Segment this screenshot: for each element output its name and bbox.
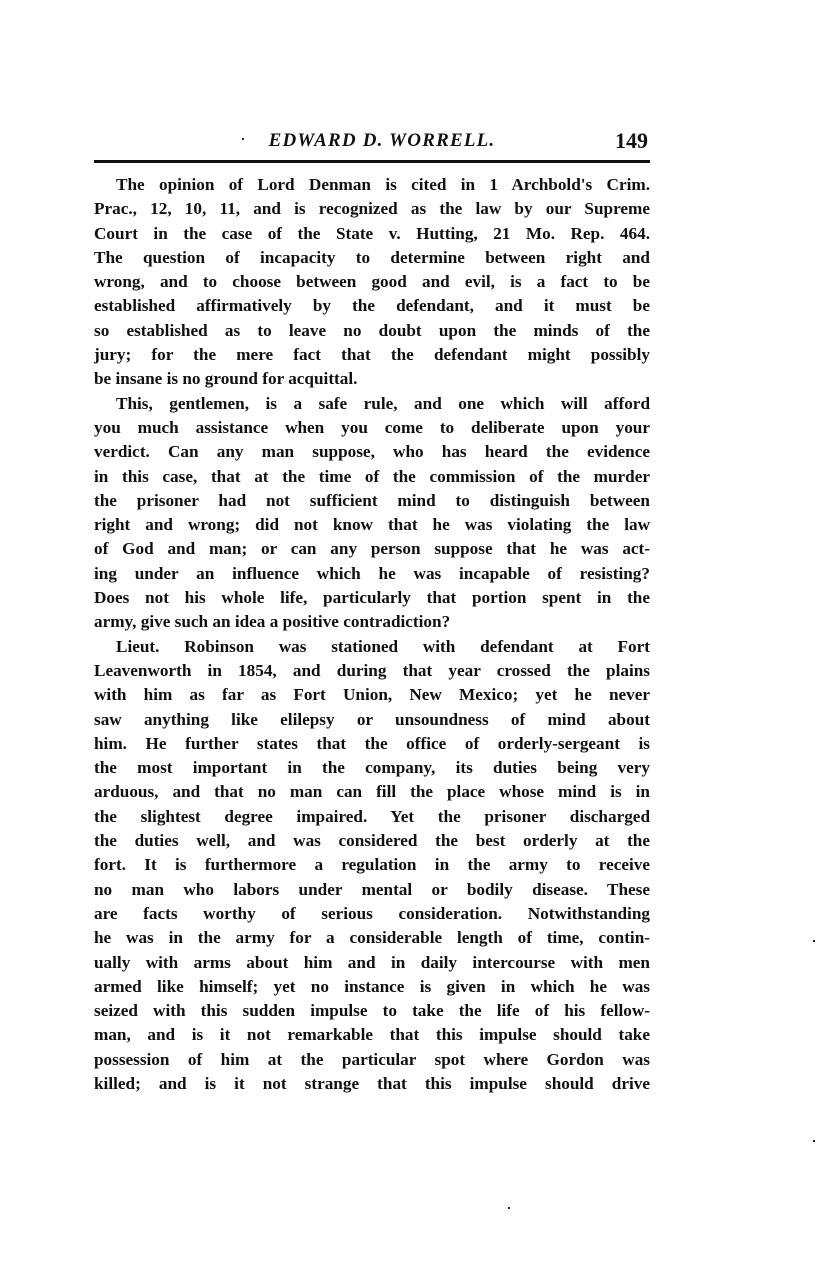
text-line: no man who labors under mental or bodily… — [94, 878, 650, 902]
text-line: Leavenworth in 1854, and during that yea… — [94, 659, 650, 683]
text-line: This, gentlemen, is a safe rule, and one… — [94, 392, 650, 416]
text-line: so established as to leave no doubt upon… — [94, 319, 650, 343]
text-line: he was in the army for a considerable le… — [94, 926, 650, 950]
text-line: the prisoner had not sufficient mind to … — [94, 489, 650, 513]
text-line: saw anything like elilepsy or unsoundnes… — [94, 708, 650, 732]
paragraph-2: This, gentlemen, is a safe rule, and one… — [94, 392, 650, 635]
text-line: seized with this sudden impulse to take … — [94, 999, 650, 1023]
text-line: right and wrong; did not know that he wa… — [94, 513, 650, 537]
scan-speck — [813, 1140, 815, 1142]
text-line: armed like himself; yet no instance is g… — [94, 975, 650, 999]
text-line: The question of incapacity to determine … — [94, 246, 650, 270]
text-line: Court in the case of the State v. Huttin… — [94, 222, 650, 246]
running-title: EDWARD D. WORRELL. — [94, 130, 650, 152]
paragraph-1: The opinion of Lord Denman is cited in 1… — [94, 173, 650, 392]
text-line: him. He further states that the office o… — [94, 732, 650, 756]
header-rule — [94, 160, 650, 163]
text-line: in this case, that at the time of the co… — [94, 465, 650, 489]
text-line: be insane is no ground for acquittal. — [94, 367, 650, 391]
text-line: the duties well, and was considered the … — [94, 829, 650, 853]
text-line: possession of him at the particular spot… — [94, 1048, 650, 1072]
scan-speck — [508, 1207, 510, 1209]
text-line: wrong, and to choose between good and ev… — [94, 270, 650, 294]
page-number: 149 — [615, 128, 648, 154]
text-line: Prac., 12, 10, 11, and is recognized as … — [94, 197, 650, 221]
text-line: of God and man; or can any person suppos… — [94, 537, 650, 561]
paragraph-3: Lieut. Robinson was stationed with defen… — [94, 635, 650, 1097]
text-line: are facts worthy of serious consideratio… — [94, 902, 650, 926]
running-header: EDWARD D. WORRELL. 149 — [94, 126, 650, 160]
text-line: Does not his whole life, particularly th… — [94, 586, 650, 610]
text-line: ually with arms about him and in daily i… — [94, 951, 650, 975]
text-line: jury; for the mere fact that the defenda… — [94, 343, 650, 367]
text-line: man, and is it not remarkable that this … — [94, 1023, 650, 1047]
text-line: ing under an influence which he was inca… — [94, 562, 650, 586]
text-line: army, give such an idea a positive contr… — [94, 610, 650, 634]
text-line: established affirmatively by the defenda… — [94, 294, 650, 318]
text-line: The opinion of Lord Denman is cited in 1… — [94, 173, 650, 197]
text-line: fort. It is furthermore a regulation in … — [94, 853, 650, 877]
text-line: the slightest degree impaired. Yet the p… — [94, 805, 650, 829]
text-line: Lieut. Robinson was stationed with defen… — [94, 635, 650, 659]
body-text: The opinion of Lord Denman is cited in 1… — [94, 173, 650, 1096]
text-line: killed; and is it not strange that this … — [94, 1072, 650, 1096]
text-line: with him as far as Fort Union, New Mexic… — [94, 683, 650, 707]
text-line: arduous, and that no man can fill the pl… — [94, 780, 650, 804]
text-line: verdict. Can any man suppose, who has he… — [94, 440, 650, 464]
book-page: EDWARD D. WORRELL. 149 The opinion of Lo… — [94, 126, 650, 1096]
scan-speck — [813, 940, 815, 942]
text-line: the most important in the company, its d… — [94, 756, 650, 780]
text-line: you much assistance when you come to del… — [94, 416, 650, 440]
